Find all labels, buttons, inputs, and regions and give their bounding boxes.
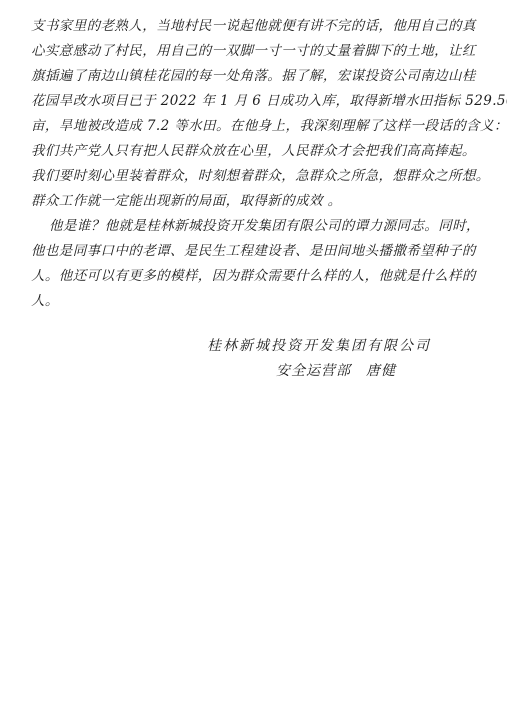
body-text: 支书家里的老熟人，当地村民一说起他就便有讲不完的话，他用自己的真 心实意感动了村… [31, 14, 491, 314]
document-page: 支书家里的老熟人，当地村民一说起他就便有讲不完的话，他用自己的真 心实意感动了村… [0, 0, 507, 713]
signature-department: 安全运营部 唐健 [276, 359, 396, 384]
text-line: 他是谁？他就是桂林新城投资开发集团有限公司的谭力源同志。同时， [31, 214, 491, 239]
text-line: 群众工作就一定能出现新的局面，取得新的成效 。 [31, 189, 491, 214]
text-line: 人。 [31, 289, 491, 314]
text-line: 花园旱改水项目已于 2022 年 1 月 6 日成功入库，取得新增水田指标 52… [31, 89, 491, 114]
text-line: 心实意感动了村民，用自己的一双脚一寸一寸的丈量着脚下的土地，让红 [31, 39, 491, 64]
text-line: 旗插遍了南边山镇桂花园的每一处角落。据了解，宏谋投资公司南边山桂 [31, 64, 491, 89]
text-line: 人。他还可以有更多的模样，因为群众需要什么样的人，他就是什么样的 [31, 264, 491, 289]
signature-company: 桂林新城投资开发集团有限公司 [207, 334, 431, 359]
text-line: 我们要时刻心里装着群众，时刻想着群众，急群众之所急，想群众之所想。 [31, 164, 491, 189]
text-line: 支书家里的老熟人，当地村民一说起他就便有讲不完的话，他用自己的真 [31, 14, 491, 39]
text-line: 我们共产党人只有把人民群众放在心里，人民群众才会把我们高高捧起。 [31, 139, 491, 164]
text-line: 他也是同事口中的老谭、是民生工程建设者、是田间地头播撒希望种子的 [31, 239, 491, 264]
text-line: 亩，旱地被改造成 7.2 等水田。在他身上，我深刻理解了这样一段话的含义： [31, 114, 491, 139]
